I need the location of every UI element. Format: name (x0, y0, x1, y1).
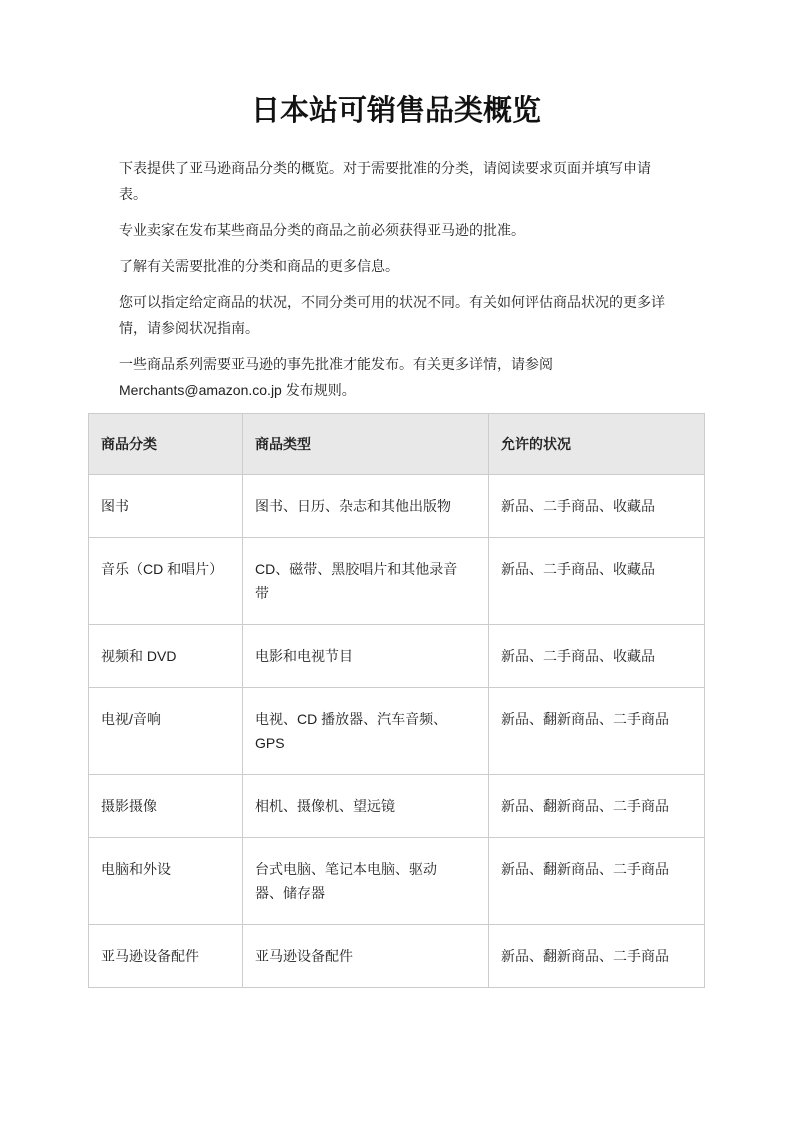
intro-paragraph: 了解有关需要批准的分类和商品的更多信息。 (119, 253, 675, 279)
cell-product-type: 相机、摄像机、望远镜 (243, 775, 489, 838)
cell-conditions: 新品、二手商品、收藏品 (489, 538, 705, 625)
cell-conditions: 新品、翻新商品、二手商品 (489, 688, 705, 775)
header-allowed-conditions: 允许的状况 (489, 414, 705, 475)
table-row: 电脑和外设 台式电脑、笔记本电脑、驱动 器、储存器 新品、翻新商品、二手商品 (89, 838, 705, 925)
cell-category: 图书 (89, 475, 243, 538)
table-row: 亚马逊设备配件 亚马逊设备配件 新品、翻新商品、二手商品 (89, 925, 705, 988)
header-category: 商品分类 (89, 414, 243, 475)
cell-category: 电脑和外设 (89, 838, 243, 925)
table-row: 视频和 DVD 电影和电视节目 新品、二手商品、收藏品 (89, 625, 705, 688)
cell-category: 摄影摄像 (89, 775, 243, 838)
cell-product-type: CD、磁带、黑胶唱片和其他录音 带 (243, 538, 489, 625)
cell-product-type: 电视、CD 播放器、汽车音频、 GPS (243, 688, 489, 775)
cell-conditions: 新品、二手商品、收藏品 (489, 625, 705, 688)
table-row: 图书 图书、日历、杂志和其他出版物 新品、二手商品、收藏品 (89, 475, 705, 538)
cell-conditions: 新品、翻新商品、二手商品 (489, 925, 705, 988)
cell-conditions: 新品、翻新商品、二手商品 (489, 775, 705, 838)
intro-paragraph: 专业卖家在发布某些商品分类的商品之前必须获得亚马逊的批准。 (119, 217, 675, 243)
intro-paragraph: 一些商品系列需要亚马逊的事先批准才能发布。有关更多详情，请参阅 Merchant… (119, 351, 675, 403)
cell-product-type: 电影和电视节目 (243, 625, 489, 688)
cell-category: 电视/音响 (89, 688, 243, 775)
table-row: 音乐（CD 和唱片） CD、磁带、黑胶唱片和其他录音 带 新品、二手商品、收藏品 (89, 538, 705, 625)
document-page: 日本站可销售品类概览 下表提供了亚马逊商品分类的概览。对于需要批准的分类，请阅读… (0, 0, 792, 1122)
intro-paragraph: 您可以指定给定商品的状况，不同分类可用的状况不同。有关如何评估商品状况的更多详 … (119, 289, 675, 341)
cell-category: 音乐（CD 和唱片） (89, 538, 243, 625)
table-row: 电视/音响 电视、CD 播放器、汽车音频、 GPS 新品、翻新商品、二手商品 (89, 688, 705, 775)
header-product-type: 商品类型 (243, 414, 489, 475)
cell-product-type: 图书、日历、杂志和其他出版物 (243, 475, 489, 538)
cell-product-type: 台式电脑、笔记本电脑、驱动 器、储存器 (243, 838, 489, 925)
page-title: 日本站可销售品类概览 (0, 0, 792, 130)
cell-category: 视频和 DVD (89, 625, 243, 688)
intro-section: 下表提供了亚马逊商品分类的概览。对于需要批准的分类，请阅读要求页面并填写申请 表… (119, 155, 675, 403)
cell-conditions: 新品、二手商品、收藏品 (489, 475, 705, 538)
cell-product-type: 亚马逊设备配件 (243, 925, 489, 988)
cell-category: 亚马逊设备配件 (89, 925, 243, 988)
table-header-row: 商品分类 商品类型 允许的状况 (89, 414, 705, 475)
category-table: 商品分类 商品类型 允许的状况 图书 图书、日历、杂志和其他出版物 新品、二手商… (88, 413, 705, 988)
intro-paragraph: 下表提供了亚马逊商品分类的概览。对于需要批准的分类，请阅读要求页面并填写申请 表… (119, 155, 675, 207)
table-row: 摄影摄像 相机、摄像机、望远镜 新品、翻新商品、二手商品 (89, 775, 705, 838)
cell-conditions: 新品、翻新商品、二手商品 (489, 838, 705, 925)
